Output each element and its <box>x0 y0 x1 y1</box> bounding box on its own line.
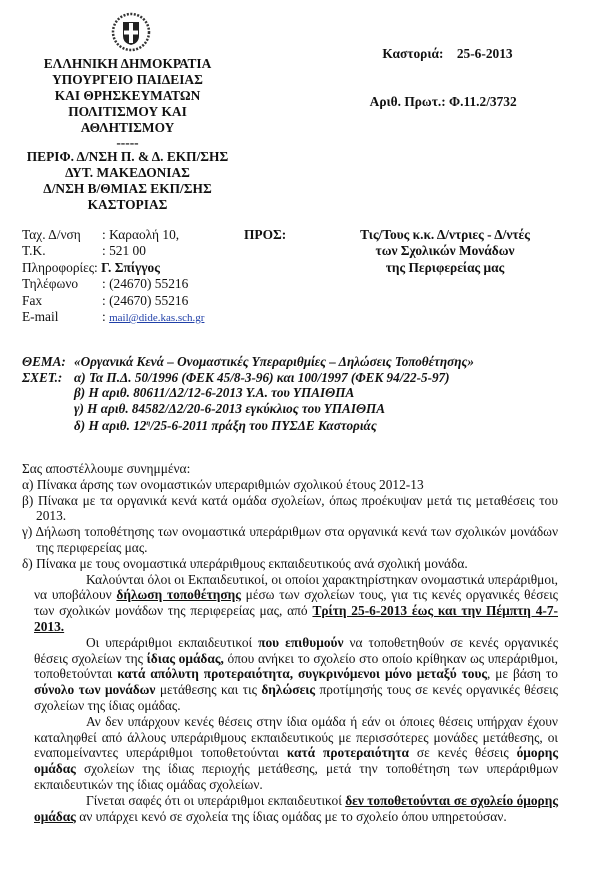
attachment-item: α) Πίνακα άρσης των ονομαστικών υπεραριθ… <box>22 477 558 493</box>
text-run: μετάθεσης και τις <box>155 682 261 697</box>
paragraph-same-group: Οι υπεράριθμοι εκπαιδευτικοί που επιθυμο… <box>22 635 558 714</box>
letterhead-subline: ΚΑΣΤΟΡΙΑΣ <box>0 197 255 213</box>
paragraph-submission: Καλούνται όλοι οι Εκπαιδευτικοί, οι οποί… <box>22 572 558 635</box>
letterhead-subline: ΔΥΤ. ΜΑΚΕΔΟΝΙΑΣ <box>0 165 255 181</box>
recipient-block: Τις/Τους κ.κ. Δ/ντριες - Δ/ντές των Σχολ… <box>330 227 560 276</box>
phone-value: : (24670) 55216 <box>102 276 188 292</box>
postcode-value: : 521 00 <box>102 243 146 259</box>
date-block: Καστοριά: 25-6-2013 Αριθ. Πρωτ.: Φ.11.2/… <box>357 30 517 126</box>
letter-body: Σας αποστέλλουμε συνημμένα: α) Πίνακα άρ… <box>22 461 558 824</box>
attachment-item: γ) Δήλωση τοποθέτησης των ονομαστικά υπε… <box>22 524 558 556</box>
address-label: Ταχ. Δ/νση <box>22 227 102 243</box>
subject-block: ΘΕΜΑ:«Οργανικά Κενά – Ονομαστικές Υπεραρ… <box>22 354 474 434</box>
theme-label: ΘΕΜΑ: <box>22 354 74 370</box>
recipient-line: Τις/Τους κ.κ. Δ/ντριες - Δ/ντές <box>330 227 560 243</box>
text-run: σε κενές θέσεις <box>409 745 517 760</box>
text-run-emphasis: σύνολο των μονάδων <box>34 682 155 697</box>
letterhead-subline: Δ/ΝΣΗ Β/ΘΜΙΑΣ ΕΚΠ/ΣΗΣ <box>0 181 255 197</box>
refs-label: ΣΧΕΤ.: <box>22 370 74 386</box>
reference-text: /25-6-2011 πράξη του ΠΥΣΔΕ Καστοριάς <box>150 418 376 433</box>
text-run: , με βάση το <box>487 666 558 681</box>
email-label: E-mail <box>22 309 102 326</box>
protocol-number: Φ.11.2/3732 <box>449 94 517 109</box>
contact-block: Ταχ. Δ/νση: Καραολή 10, Τ.Κ.: 521 00 Πλη… <box>22 227 204 326</box>
info-label: Πληροφορίες: <box>22 260 98 276</box>
text-run: σχολείων της ίδιας περιοχής μετάθεσης, μ… <box>34 761 558 792</box>
address-value: : Καραολή 10, <box>102 227 179 243</box>
recipient-line: της Περιφερείας μας <box>330 260 560 276</box>
letterhead-line: ΠΟΛΙΤΙΣΜΟΥ ΚΑΙ <box>0 104 255 120</box>
body-intro: Σας αποστέλλουμε συνημμένα: <box>22 461 558 477</box>
text-run-emphasis: κατά προτεραιότητα <box>287 745 409 760</box>
attachment-item: β) Πίνακα με τα οργανικά κενά κατά ομάδα… <box>22 493 558 525</box>
phone-label: Τηλέφωνο <box>22 276 102 292</box>
text-run-emphasis: που επιθυμούν <box>258 635 343 650</box>
theme-text: «Οργανικά Κενά – Ονομαστικές Υπεραριθμίε… <box>74 354 474 370</box>
paragraph-clarification: Γίνεται σαφές ότι οι υπεράριθμοι εκπαιδε… <box>22 793 558 825</box>
protocol-label: Αριθ. Πρωτ.: <box>370 94 446 109</box>
attachment-item: δ) Πίνακα με τους ονομαστικά υπεράριθμου… <box>22 556 558 572</box>
text-run-emphasis: κατά απόλυτη προτεραιότητα, συγκρινόμενο… <box>117 666 487 681</box>
letterhead-line: ΑΘΛΗΤΙΣΜΟΥ <box>0 120 255 136</box>
fax-value: : (24670) 55216 <box>102 293 188 309</box>
letterhead: ΕΛΛΗΝΙΚΗ ΔΗΜΟΚΡΑΤΙΑ ΥΠΟΥΡΓΕΙΟ ΠΑΙΔΕΙΑΣ Κ… <box>0 56 255 213</box>
reference-item: α) Τα Π.Δ. 50/1996 (ΦΕΚ 45/8-3-96) και 1… <box>74 370 450 386</box>
letterhead-line: ΚΑΙ ΘΡΗΣΚΕΥΜΑΤΩΝ <box>0 88 255 104</box>
text-run: Οι υπεράριθμοι εκπαιδευτικοί <box>86 635 258 650</box>
email-link[interactable]: mail@dide.kas.sch.gr <box>109 312 204 324</box>
place-label: Καστοριά: <box>382 46 443 61</box>
text-run: αν υπάρχει κενό σε σχολεία της ίδιας ομά… <box>76 809 507 824</box>
reference-item: δ) Η αριθ. 12η/25-6-2011 πράξη του ΠΥΣΔΕ… <box>22 416 474 434</box>
greek-coat-of-arms-icon <box>111 12 151 52</box>
letterhead-separator: ----- <box>0 136 255 149</box>
paragraph-adjacent-group: Αν δεν υπάρχουν κενές θέσεις στην ίδια ο… <box>22 714 558 793</box>
info-contact-name: Γ. Σπίγγος <box>101 260 160 276</box>
recipient-line: των Σχολικών Μονάδων <box>330 243 560 259</box>
letterhead-subline: ΠΕΡΙΦ. Δ/ΝΣΗ Π. & Δ. ΕΚΠ/ΣΗΣ <box>0 149 255 165</box>
recipient-label: ΠΡΟΣ: <box>244 227 286 243</box>
postcode-label: Τ.Κ. <box>22 243 102 259</box>
letterhead-line: ΕΛΛΗΝΙΚΗ ΔΗΜΟΚΡΑΤΙΑ <box>0 56 255 72</box>
text-run-emphasis: δήλωση τοποθέτησης <box>116 587 241 602</box>
reference-item: γ) Η αριθ. 84582/Δ2/20-6-2013 εγκύκλιος … <box>22 401 474 417</box>
text-run-emphasis: ίδιας ομάδας, <box>147 651 224 666</box>
document-date: 25-6-2013 <box>457 46 513 61</box>
text-run: Γίνεται σαφές ότι οι υπεράριθμοι εκπαιδε… <box>86 793 345 808</box>
text-run-emphasis: δηλώσεις <box>261 682 315 697</box>
reference-item: β) Η αριθ. 80611/Δ2/12-6-2013 Υ.Α. του Υ… <box>22 385 474 401</box>
letterhead-line: ΥΠΟΥΡΓΕΙΟ ΠΑΙΔΕΙΑΣ <box>0 72 255 88</box>
fax-label: Fax <box>22 293 102 309</box>
reference-text: δ) Η αριθ. 12 <box>74 418 146 433</box>
